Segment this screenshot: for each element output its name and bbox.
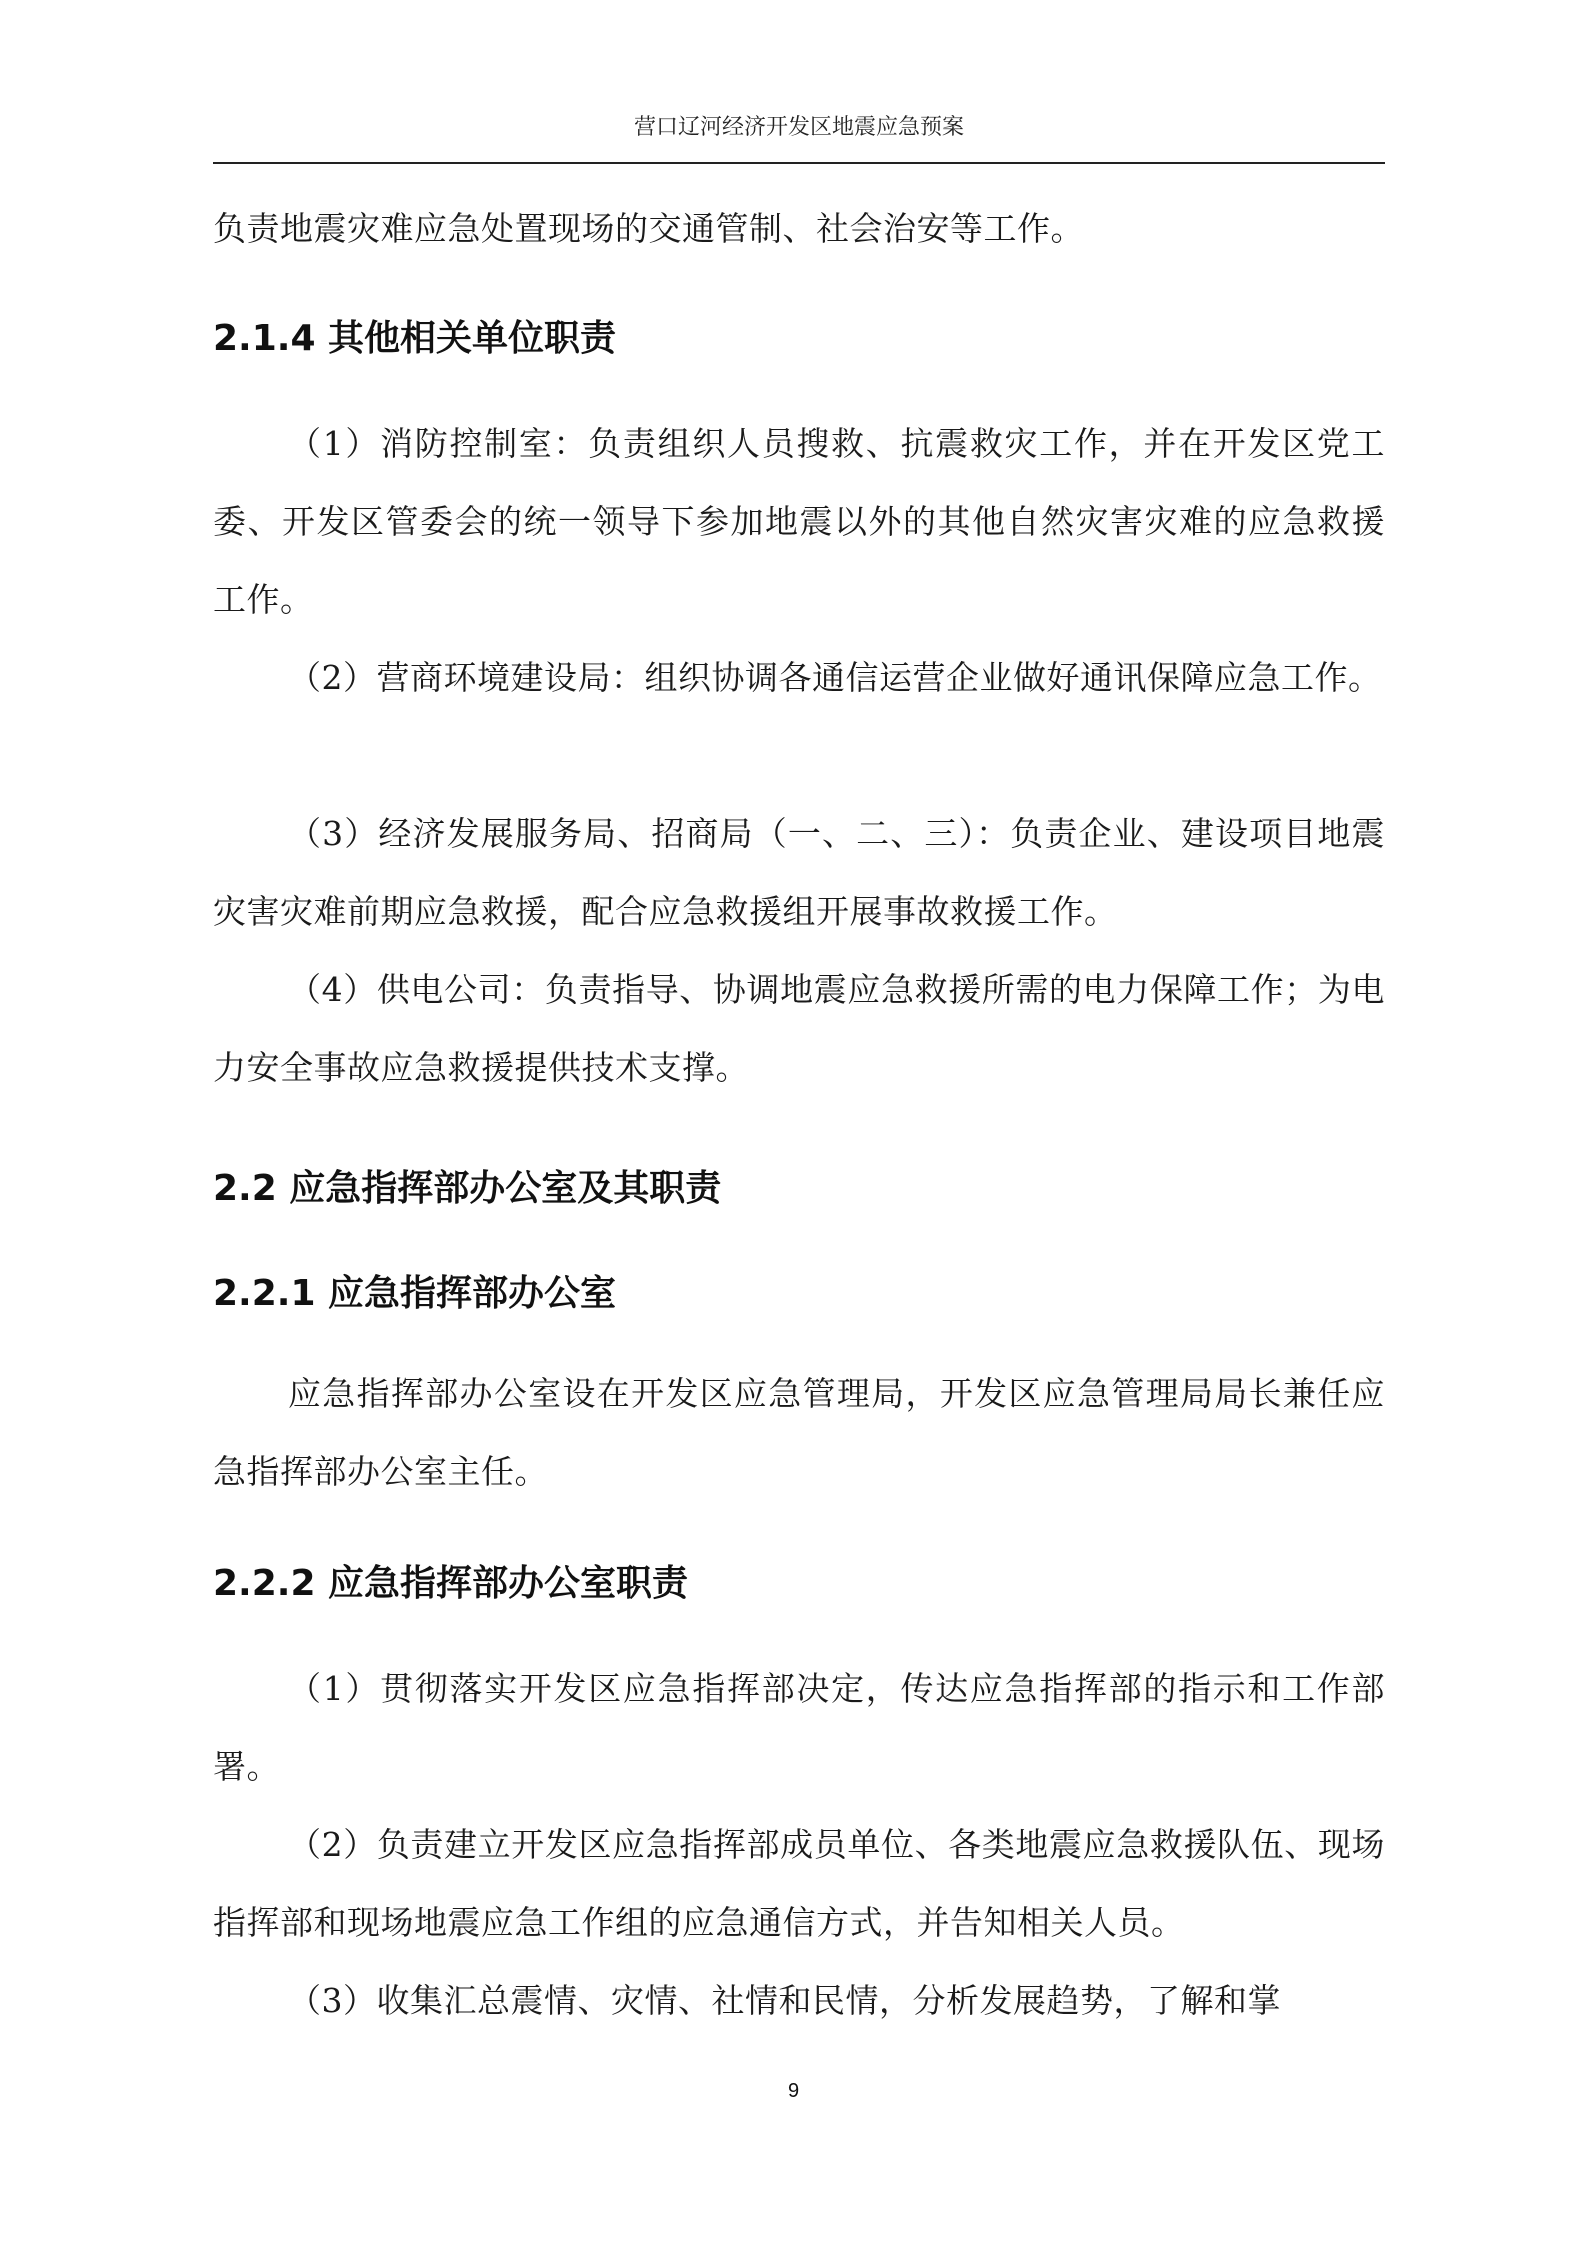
paragraph: （2）负责建立开发区应急指挥部成员单位、各类地震应急救援队伍、现场指挥部和现场地… [213, 1806, 1385, 1962]
paragraph: （3）经济发展服务局、招商局（一、二、三）：负责企业、建设项目地震灾害灾难前期应… [213, 795, 1385, 951]
paragraph: （2）营商环境建设局：组织协调各通信运营企业做好通讯保障应急工作。 [213, 639, 1385, 717]
paragraph: 应急指挥部办公室设在开发区应急管理局，开发区应急管理局局长兼任应急指挥部办公室主… [213, 1355, 1385, 1511]
paragraph: （1）贯彻落实开发区应急指挥部决定，传达应急指挥部的指示和工作部署。 [213, 1650, 1385, 1806]
section-heading-2-2-2: 2.2.2 应急指挥部办公室职责 [213, 1555, 688, 1606]
section-heading-2-2: 2.2 应急指挥部办公室及其职责 [213, 1160, 721, 1211]
paragraph: （4）供电公司：负责指导、协调地震应急救援所需的电力保障工作；为电力安全事故应急… [213, 951, 1385, 1107]
header-divider [213, 162, 1385, 164]
page-number: 9 [0, 2080, 1587, 2103]
paragraph: 负责地震灾难应急处置现场的交通管制、社会治安等工作。 [213, 190, 1385, 268]
paragraph: （1）消防控制室：负责组织人员搜救、抗震救灾工作，并在开发区党工委、开发区管委会… [213, 405, 1385, 639]
running-header: 营口辽河经济开发区地震应急预案 [213, 110, 1385, 141]
section-heading-2-1-4: 2.1.4 其他相关单位职责 [213, 310, 616, 361]
section-heading-2-2-1: 2.2.1 应急指挥部办公室 [213, 1265, 616, 1316]
paragraph: （3）收集汇总震情、灾情、社情和民情，分析发展趋势，了解和掌 [213, 1962, 1385, 2040]
